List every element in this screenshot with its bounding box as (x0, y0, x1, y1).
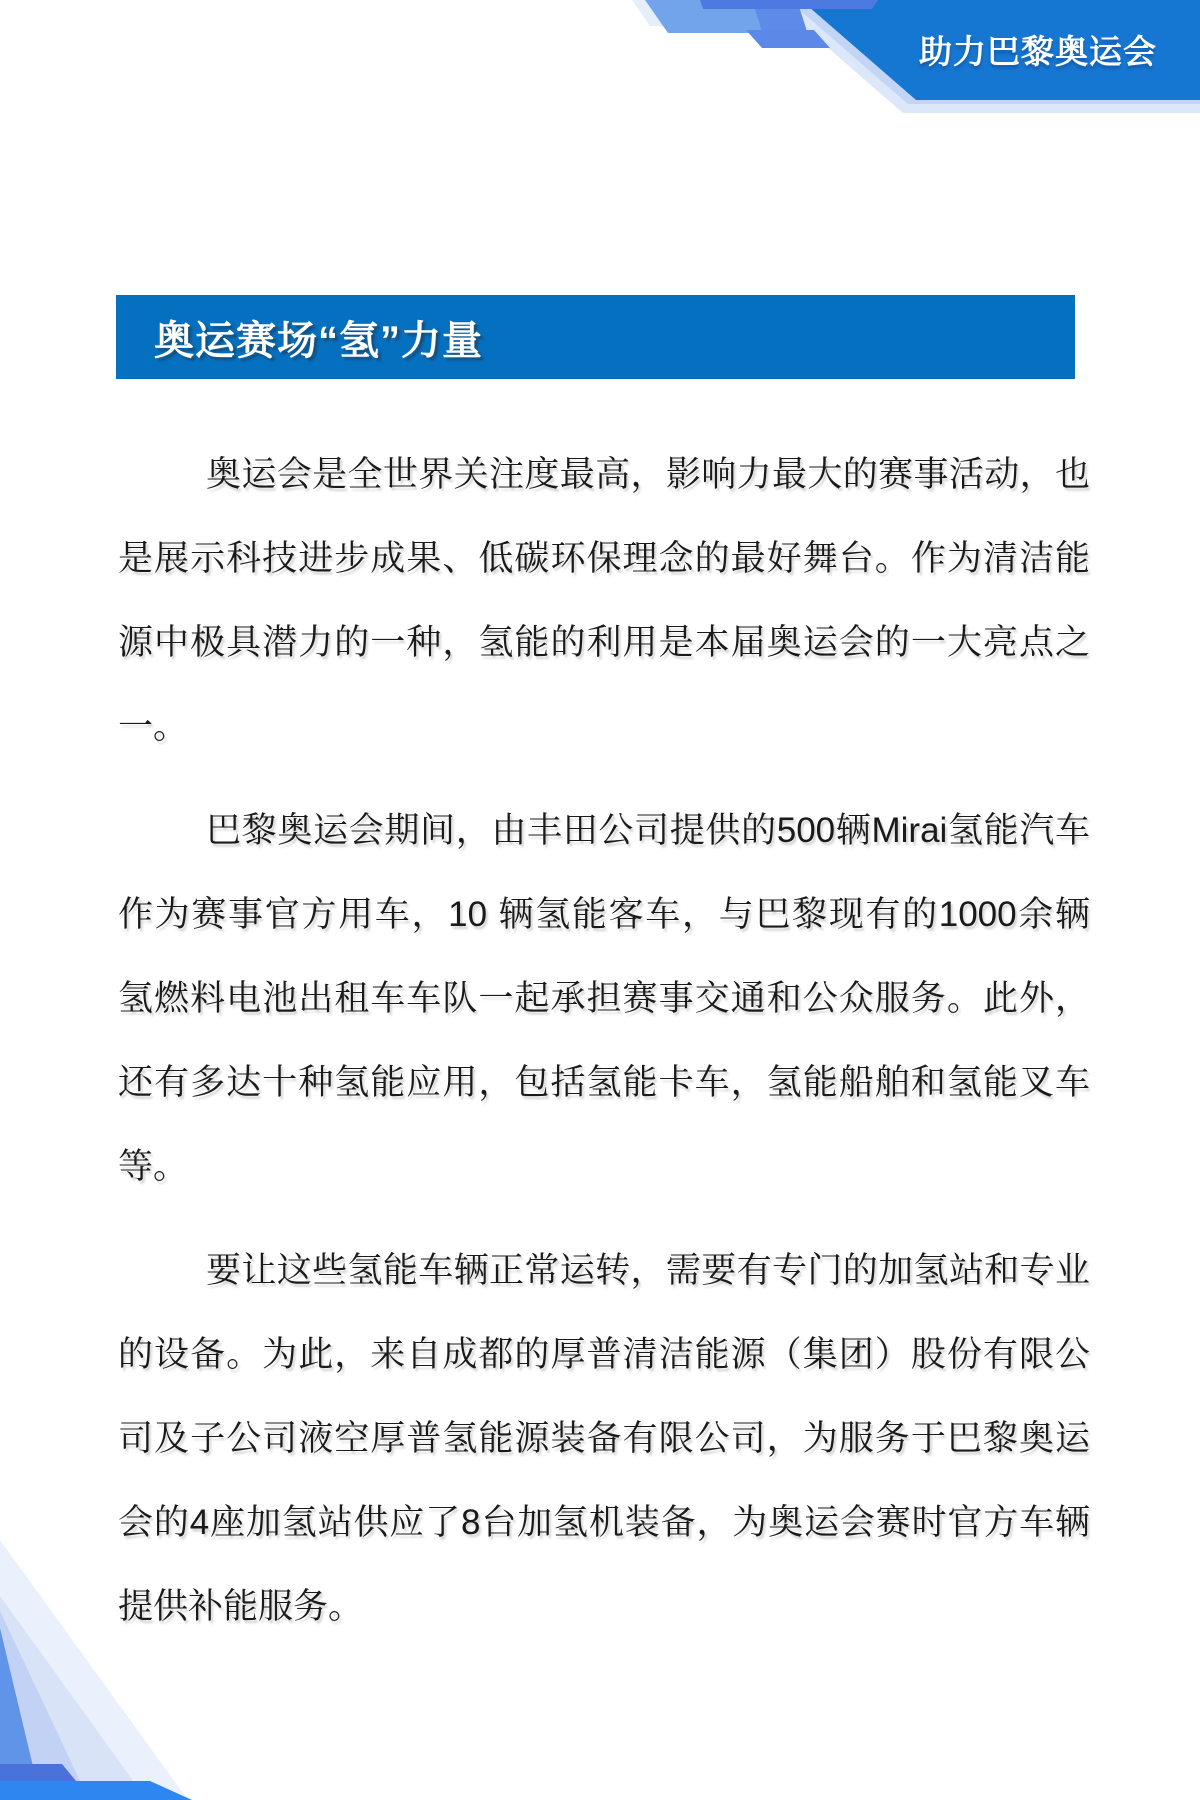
body-line: 等。 (118, 1125, 1090, 1209)
decor-top-stripe (700, 0, 878, 9)
body-line: 会的4座加氢站供应了8台加氢机装备，为奥运会赛时官方车辆 (118, 1481, 1090, 1565)
body-line: 源中极具潜力的一种，氢能的利用是本届奥运会的一大亮点之 (118, 601, 1090, 685)
body-line: 司及子公司液空厚普氢能源装备有限公司，为服务于巴黎奥运 (118, 1397, 1090, 1481)
body-line: 还有多达十种氢能应用，包括氢能卡车，氢能船舶和氢能叉车 (118, 1041, 1090, 1125)
article-body: 奥运会是全世界关注度最高，影响力最大的赛事活动，也是展示科技进步成果、低碳环保理… (118, 433, 1090, 1669)
paragraph: 奥运会是全世界关注度最高，影响力最大的赛事活动，也是展示科技进步成果、低碳环保理… (118, 433, 1090, 769)
title-banner: 奥运赛场“氢”力量 (116, 295, 1075, 379)
body-line: 作为赛事官方用车，10 辆氢能客车，与巴黎现有的1000余辆 (118, 873, 1090, 957)
corner-decor-shapes (0, 1540, 200, 1800)
paragraph: 要让这些氢能车辆正常运转，需要有专门的加氢站和专业的设备。为此，来自成都的厚普清… (118, 1229, 1090, 1649)
document-page: { "header": { "ribbon_label": "助力巴黎奥运会" … (0, 0, 1200, 1800)
body-line: 的设备。为此，来自成都的厚普清洁能源（集团）股份有限公 (118, 1313, 1090, 1397)
body-line: 是展示科技进步成果、低碳环保理念的最好舞台。作为清洁能 (118, 517, 1090, 601)
body-line: 一。 (118, 685, 1090, 769)
body-line: 提供补能服务。 (118, 1565, 1090, 1649)
paragraph: 巴黎奥运会期间，由丰田公司提供的500辆Mirai氢能汽车作为赛事官方用车，10… (118, 789, 1090, 1209)
body-line: 巴黎奥运会期间，由丰田公司提供的500辆Mirai氢能汽车 (118, 789, 1090, 873)
body-line: 要让这些氢能车辆正常运转，需要有专门的加氢站和专业 (118, 1229, 1090, 1313)
body-line: 氢燃料电池出租车车队一起承担赛事交通和公众服务。此外， (118, 957, 1090, 1041)
page-title: 奥运赛场“氢”力量 (116, 309, 483, 366)
ribbon-label: 助力巴黎奥运会 (919, 26, 1157, 73)
body-line: 奥运会是全世界关注度最高，影响力最大的赛事活动，也 (118, 433, 1090, 517)
